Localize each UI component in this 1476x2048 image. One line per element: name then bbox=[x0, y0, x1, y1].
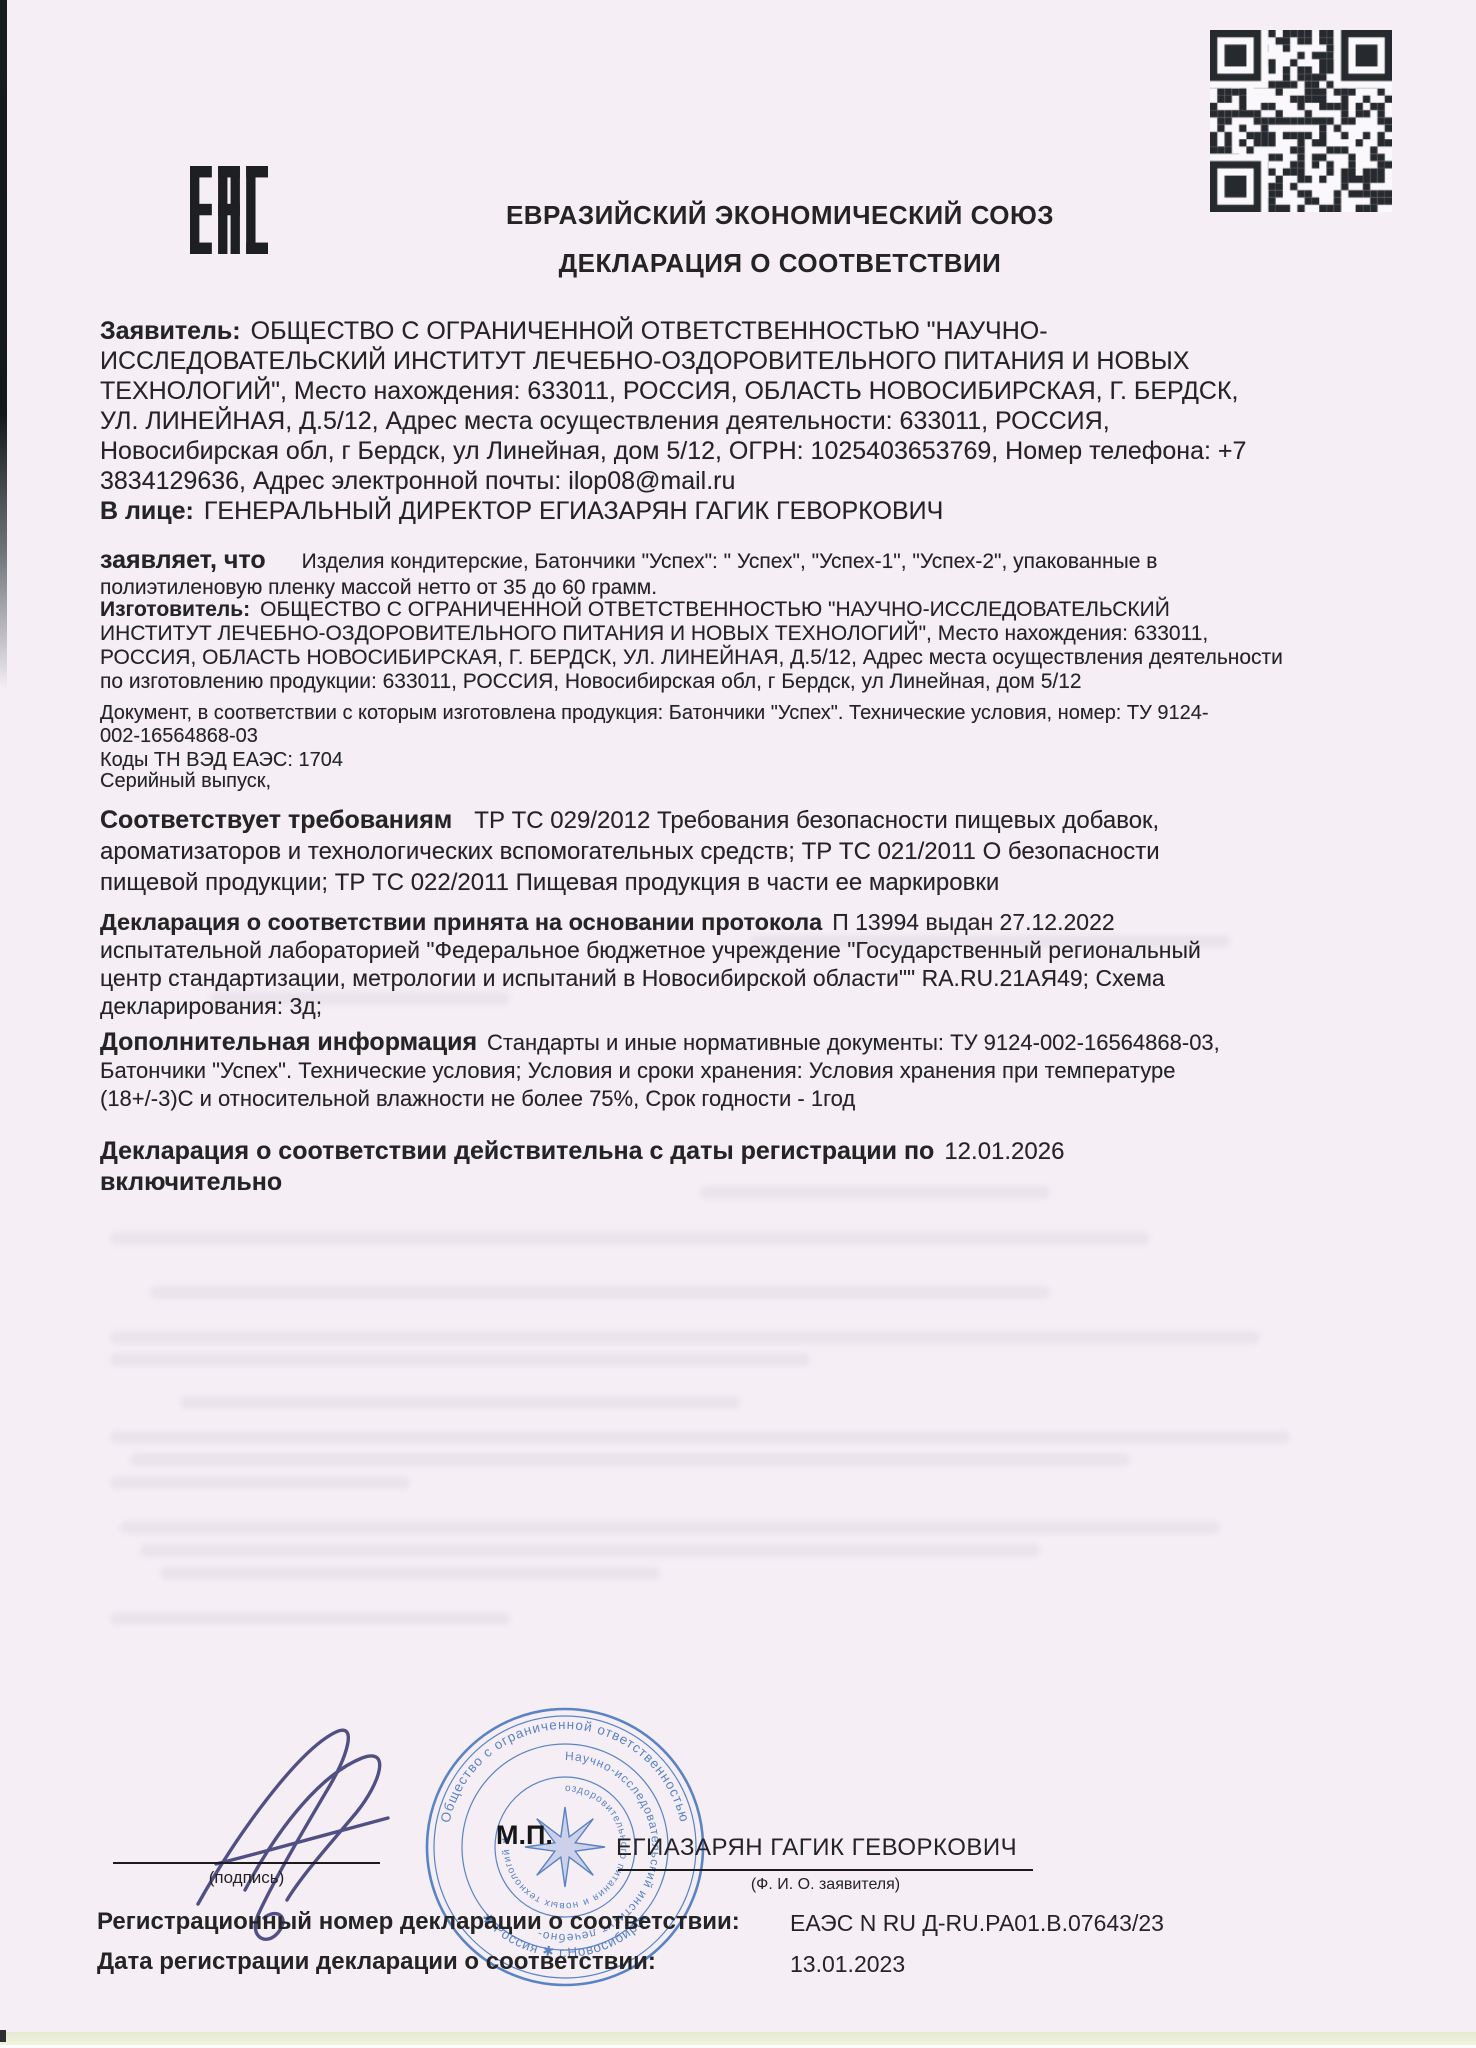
bleed-through-artifact bbox=[110, 1431, 1290, 1444]
additional-info-label: Дополнительная информация bbox=[100, 1028, 477, 1056]
registration-number-value: ЕАЭС N RU Д-RU.РА01.В.07643/23 bbox=[790, 1910, 1164, 1937]
stamp-place-mark: М.П. bbox=[496, 1820, 553, 1851]
bleed-through-artifact bbox=[180, 1396, 740, 1409]
bleed-through-artifact bbox=[110, 1331, 1260, 1344]
bleed-through-artifact bbox=[140, 1544, 1040, 1557]
additional-info-paragraph: Дополнительная информацияСтандарты и ины… bbox=[100, 1028, 1465, 1113]
validity-suffix-text: включительно bbox=[100, 1168, 282, 1196]
applicant-full-name: ЕГИАЗАРЯН ГАГИК ГЕВОРКОВИЧ bbox=[616, 1834, 1017, 1862]
bleed-through-artifact bbox=[120, 1521, 1220, 1534]
person-text: ГЕНЕРАЛЬНЫЙ ДИРЕКТОР ЕГИАЗАРЯН ГАГИК ГЕВ… bbox=[204, 497, 943, 525]
tnved-codes-line: Коды ТН ВЭД ЕАЭС: 1704 bbox=[100, 749, 1465, 772]
signature-caption: (подпись) bbox=[113, 1868, 380, 1888]
document-title: ДЕКЛАРАЦИЯ О СООТВЕТСТВИИ bbox=[160, 248, 1400, 278]
signature-line bbox=[113, 1862, 380, 1864]
declares-label: заявляет, что bbox=[100, 546, 266, 574]
declaration-document-page: ЕВРАЗИЙСКИЙ ЭКОНОМИЧЕСКИЙ СОЮЗ ДЕКЛАРАЦИ… bbox=[0, 0, 1476, 2048]
qr-code bbox=[1210, 30, 1392, 212]
manufacturer-label: Изготовитель: bbox=[100, 598, 250, 621]
applicant-label: Заявитель: bbox=[100, 317, 241, 345]
scan-edge-artifact bbox=[0, 0, 7, 690]
bleed-through-artifact bbox=[160, 1567, 660, 1580]
person-paragraph: В лице:ГЕНЕРАЛЬНЫЙ ДИРЕКТОР ЕГИАЗАРЯН ГА… bbox=[100, 496, 1465, 526]
registration-date-value: 13.01.2023 bbox=[790, 1951, 905, 1978]
manufacturer-text: ОБЩЕСТВО С ОГРАНИЧЕННОЙ ОТВЕТСТВЕННОСТЬЮ… bbox=[100, 598, 1283, 693]
scan-edge-artifact bbox=[0, 2030, 6, 2042]
validity-date: 12.01.2026 bbox=[944, 1138, 1064, 1165]
compliance-paragraph: Соответствует требованиямТР ТС 029/2012 … bbox=[100, 805, 1465, 898]
bleed-through-artifact bbox=[130, 1453, 1130, 1466]
name-caption: (Ф. И. О. заявителя) bbox=[618, 1876, 1033, 1894]
applicant-text: ОБЩЕСТВО С ОГРАНИЧЕННОЙ ОТВЕТСТВЕННОСТЬЮ… bbox=[100, 317, 1246, 495]
person-label: В лице: bbox=[100, 497, 194, 525]
product-document-paragraph: Документ, в соответствии с которым изгот… bbox=[100, 702, 1465, 748]
bleed-through-artifact bbox=[110, 1476, 410, 1489]
validity-label: Декларация о соответствии действительна … bbox=[100, 1137, 934, 1165]
bleed-through-artifact bbox=[150, 1286, 1050, 1299]
bleed-through-artifact bbox=[110, 1232, 1150, 1245]
serial-production-line: Серийный выпуск, bbox=[100, 770, 1465, 793]
declares-paragraph: заявляет, чтоИзделия кондитерские, Батон… bbox=[100, 547, 1465, 601]
registration-date-label: Дата регистрации декларации о соответств… bbox=[97, 1948, 656, 1976]
manufacturer-paragraph: Изготовитель:ОБЩЕСТВО С ОГРАНИЧЕННОЙ ОТВ… bbox=[100, 598, 1465, 694]
compliance-label: Соответствует требованиям bbox=[100, 806, 452, 834]
bleed-through-artifact bbox=[110, 1353, 810, 1366]
validity-paragraph: Декларация о соответствии действительна … bbox=[100, 1136, 1465, 1198]
applicant-paragraph: Заявитель:ОБЩЕСТВО С ОГРАНИЧЕННОЙ ОТВЕТС… bbox=[100, 316, 1465, 496]
registration-number-label: Регистрационный номер декларации о соотв… bbox=[97, 1908, 740, 1936]
scan-bottom-edge bbox=[0, 2032, 1476, 2045]
basis-label: Декларация о соответствии принята на осн… bbox=[100, 909, 822, 935]
bleed-through-artifact bbox=[110, 1612, 510, 1625]
basis-paragraph: Декларация о соответствии принята на осн… bbox=[100, 908, 1465, 1020]
name-line bbox=[618, 1869, 1033, 1871]
union-title: ЕВРАЗИЙСКИЙ ЭКОНОМИЧЕСКИЙ СОЮЗ bbox=[160, 200, 1400, 230]
